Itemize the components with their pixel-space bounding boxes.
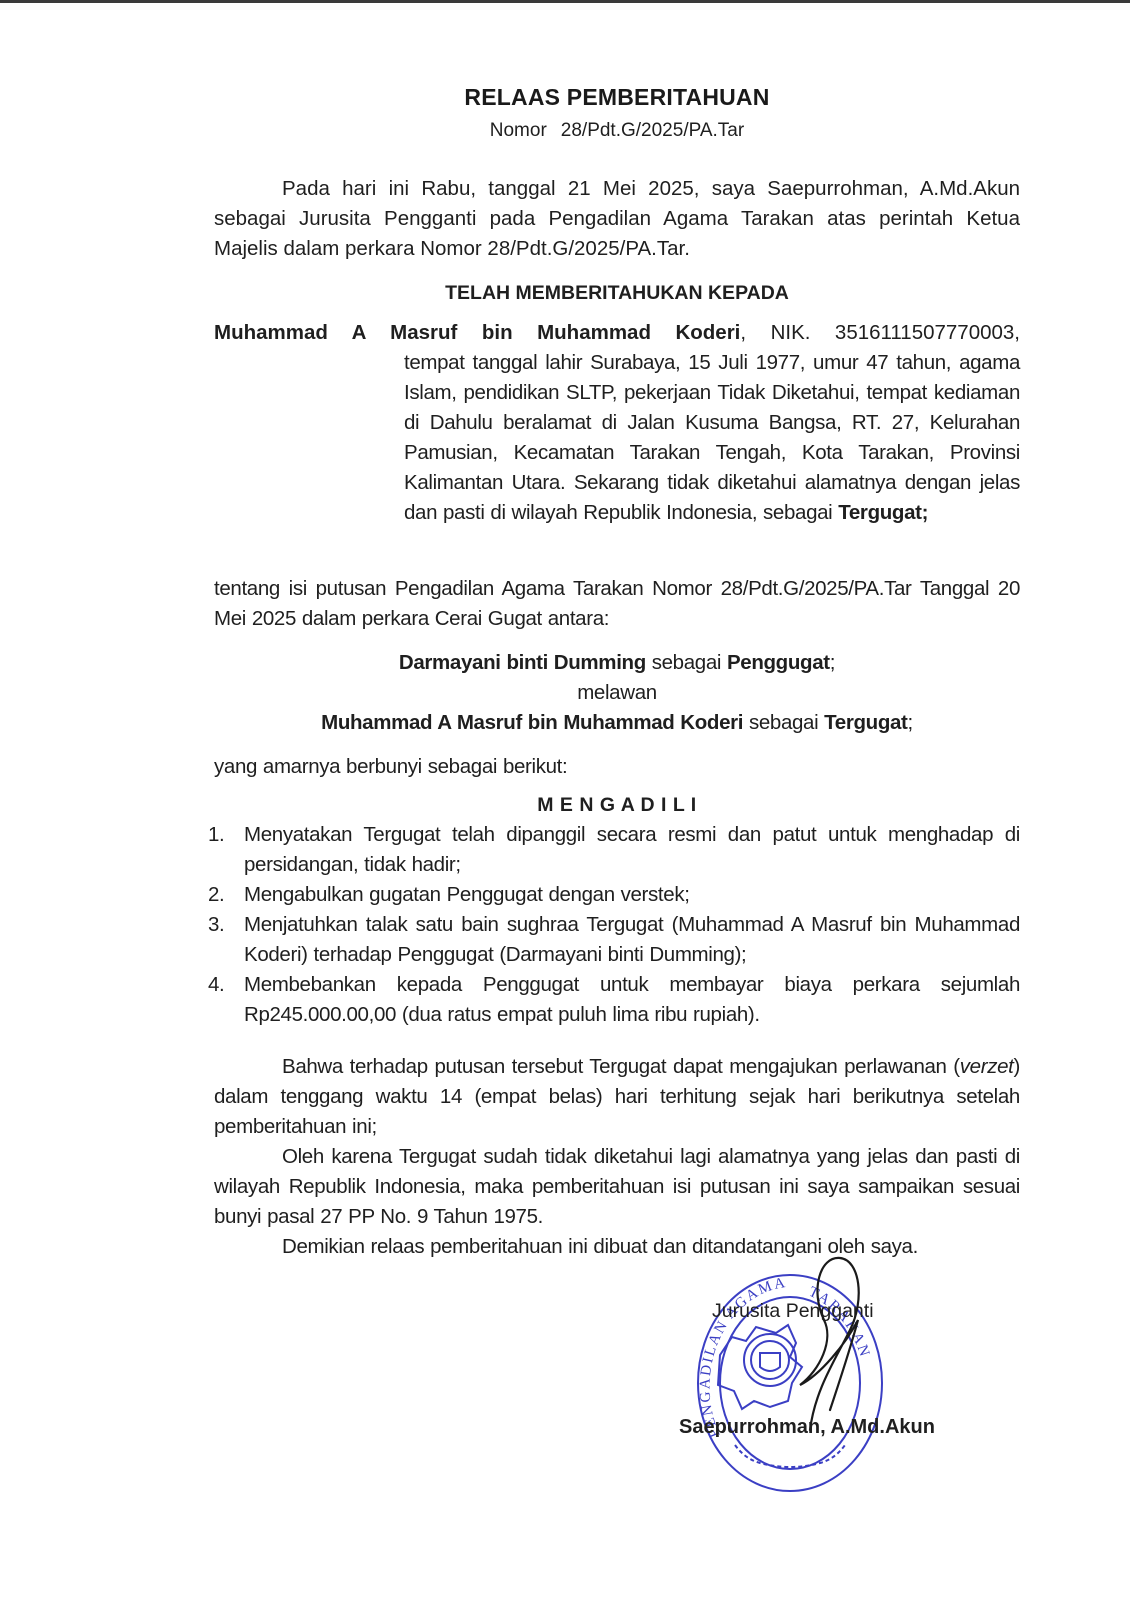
verdict-item-number: 3. xyxy=(208,910,224,940)
verdict-item-text: Mengabulkan gugatan Penggugat dengan ver… xyxy=(244,883,690,906)
recipient-nik: , NIK. 3516111507770003, xyxy=(740,321,1020,344)
recipient-block: Muhammad A Masruf bin Muhammad Koderi, N… xyxy=(214,318,1020,348)
plaintiff-end: ; xyxy=(830,651,835,674)
verdict-item: 2.Mengabulkan gugatan Penggugat dengan v… xyxy=(208,880,1020,910)
recipient-details: tempat tanggal lahir Surabaya, 15 Juli 1… xyxy=(404,348,1020,528)
opening-paragraph: Pada hari ini Rabu, tanggal 21 Mei 2025,… xyxy=(214,174,1020,264)
verdict-item-number: 4. xyxy=(208,970,224,1000)
defendant-line: Muhammad A Masruf bin Muhammad Koderi se… xyxy=(214,708,1020,738)
defendant-end: ; xyxy=(908,711,913,734)
closing-paragraph-verzet: Bahwa terhadap putusan tersebut Tergugat… xyxy=(214,1052,1020,1142)
plaintiff-line: Darmayani binti Dumming sebagai Pengguga… xyxy=(214,648,1020,678)
closing-paragraph-final: Demikian relaas pemberitahuan ini dibuat… xyxy=(214,1232,1020,1262)
verdict-list: 1.Menyatakan Tergugat telah dipanggil se… xyxy=(208,820,1020,1030)
verdict-item-number: 2. xyxy=(208,880,224,910)
defendant-role: Tergugat xyxy=(824,711,907,734)
verdict-item-number: 1. xyxy=(208,820,224,850)
nomor-value: 28/Pdt.G/2025/PA.Tar xyxy=(561,120,744,141)
nomor-label: Nomor xyxy=(490,120,547,141)
document-title: RELAAS PEMBERITAHUAN xyxy=(214,84,1020,111)
verdict-item: 3.Menjatuhkan talak satu bain sughraa Te… xyxy=(208,910,1020,970)
recipient-role: Tergugat; xyxy=(838,501,928,524)
recipient-name: Muhammad A Masruf bin Muhammad Koderi xyxy=(214,321,740,344)
plaintiff-name: Darmayani binti Dumming xyxy=(399,651,646,674)
about-paragraph: tentang isi putusan Pengadilan Agama Tar… xyxy=(214,574,1020,634)
recipient-first-line: Muhammad A Masruf bin Muhammad Koderi, N… xyxy=(214,318,1020,348)
signatory-name: Saepurrohman, A.Md.Akun xyxy=(679,1416,935,1439)
closing-1-italic: verzet xyxy=(960,1055,1014,1078)
scan-top-edge xyxy=(0,0,1130,3)
verdict-item-text: Menjatuhkan talak satu bain sughraa Terg… xyxy=(244,913,1020,966)
recipient-details-text: tempat tanggal lahir Surabaya, 15 Juli 1… xyxy=(404,351,1020,524)
plaintiff-role: Penggugat xyxy=(727,651,830,674)
verdict-item: 1.Menyatakan Tergugat telah dipanggil se… xyxy=(208,820,1020,880)
verdict-item-text: Menyatakan Tergugat telah dipanggil seca… xyxy=(244,823,1020,876)
defendant-sebagai: sebagai xyxy=(743,711,824,734)
versus-line: melawan xyxy=(214,678,1020,708)
document-number: Nomor28/Pdt.G/2025/PA.Tar xyxy=(214,120,1020,142)
closing-1-text-a: Bahwa terhadap putusan tersebut Tergugat… xyxy=(282,1055,960,1078)
verdict-intro: yang amarnya berbunyi sebagai berikut: xyxy=(214,752,1020,782)
verdict-item: 4.Membebankan kepada Penggugat untuk mem… xyxy=(208,970,1020,1030)
closing-paragraph-address: Oleh karena Tergugat sudah tidak diketah… xyxy=(214,1142,1020,1232)
verdict-heading: M E N G A D I L I xyxy=(214,794,1020,817)
plaintiff-sebagai: sebagai xyxy=(646,651,727,674)
notified-heading: TELAH MEMBERITAHUKAN KEPADA xyxy=(214,282,1020,305)
handwritten-signature-icon xyxy=(790,1250,870,1440)
verdict-item-text: Membebankan kepada Penggugat untuk memba… xyxy=(244,973,1020,1026)
defendant-name: Muhammad A Masruf bin Muhammad Koderi xyxy=(321,711,743,734)
